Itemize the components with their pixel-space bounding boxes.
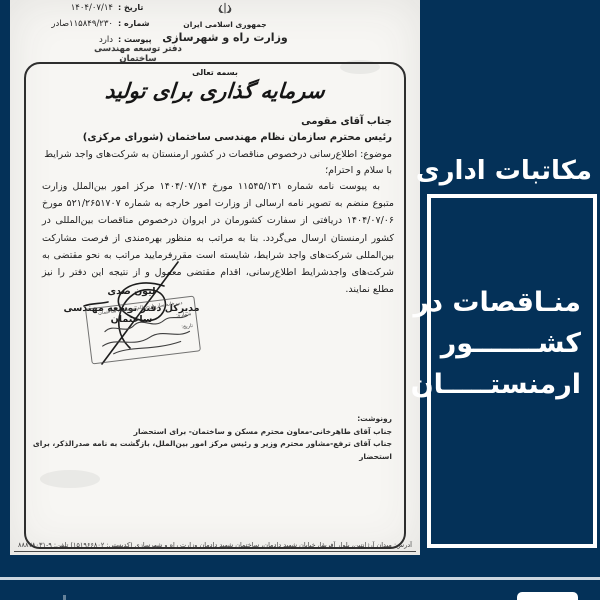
divider-line [0, 577, 600, 580]
cropped-text-mark [63, 595, 66, 600]
besmeleh-text: بسمه تعالی [26, 68, 404, 77]
recipient-title: رئیس محترم سازمان نظام مهندسی ساختمان (ش… [83, 132, 392, 143]
cc-line: جناب آقای ترفع-مشاور محترم وزیر و رئیس م… [26, 438, 392, 463]
cc-label: رونوشت: [26, 413, 392, 426]
letter-body: به پیوست نامه شماره ۱۱۵۴۵/۱۳۱ مورخ ۱۴۰۴/… [42, 178, 394, 298]
category-title: مکاتبات اداری [292, 156, 592, 186]
cropped-bottom-button[interactable] [517, 592, 578, 600]
date-value: ۱۴۰۴/۰۷/۱۴ [71, 3, 113, 13]
topic-line: منـاقصات در [411, 282, 581, 323]
topic-title: منـاقصات در کشـــــــور ارمنستـــــان [411, 282, 581, 405]
topic-frame: منـاقصات در کشـــــــور ارمنستـــــان [427, 194, 597, 548]
letterhead-office: دفتر توسعه مهندسی ساختمان [78, 44, 198, 64]
secretariat-stamp: دبیرخانه سازمان نظام مهندسی ساختمان شمار… [85, 296, 201, 365]
letterhead-country: جمهوری اسلامی ایران [140, 20, 310, 29]
topic-line: ارمنستـــــان [411, 364, 581, 405]
signer-name: لیون صدی [54, 286, 209, 297]
letterhead-center: جمهوری اسلامی ایران وزارت راه و شهرسازی [140, 0, 310, 44]
footer-address: آدرس: میدان آرژانتین، بلوار آفریقا، خیاب… [14, 541, 416, 552]
iran-emblem-icon [216, 2, 234, 15]
recipient-name: جناب آقای مقومی [301, 116, 392, 127]
number-row: شماره : ۱۱۵۸۴۹/۲۳۰صادر [6, 19, 152, 35]
scanned-letter: تاریخ : ۱۴۰۴/۰۷/۱۴ شماره : ۱۱۵۸۴۹/۲۳۰صاد… [10, 0, 420, 555]
topic-line: کشـــــــور [411, 323, 581, 364]
cc-section: رونوشت: جناب آقای طاهرخانی-معاون محترم م… [26, 413, 392, 463]
date-row: تاریخ : ۱۴۰۴/۰۷/۱۴ [6, 3, 152, 19]
letter-frame: بسمه تعالی سرمایه گذاری برای تولید جناب … [24, 62, 406, 549]
page-background: تاریخ : ۱۴۰۴/۰۷/۱۴ شماره : ۱۱۵۸۴۹/۲۳۰صاد… [0, 0, 600, 600]
year-slogan-calligraphy: سرمایه گذاری برای تولید [25, 78, 405, 103]
number-value: ۱۱۵۸۴۹/۲۳۰صادر [51, 19, 113, 29]
letterhead-ministry: وزارت راه و شهرسازی [140, 31, 310, 44]
cc-line: جناب آقای طاهرخانی-معاون محترم مسکن و سا… [26, 426, 392, 439]
